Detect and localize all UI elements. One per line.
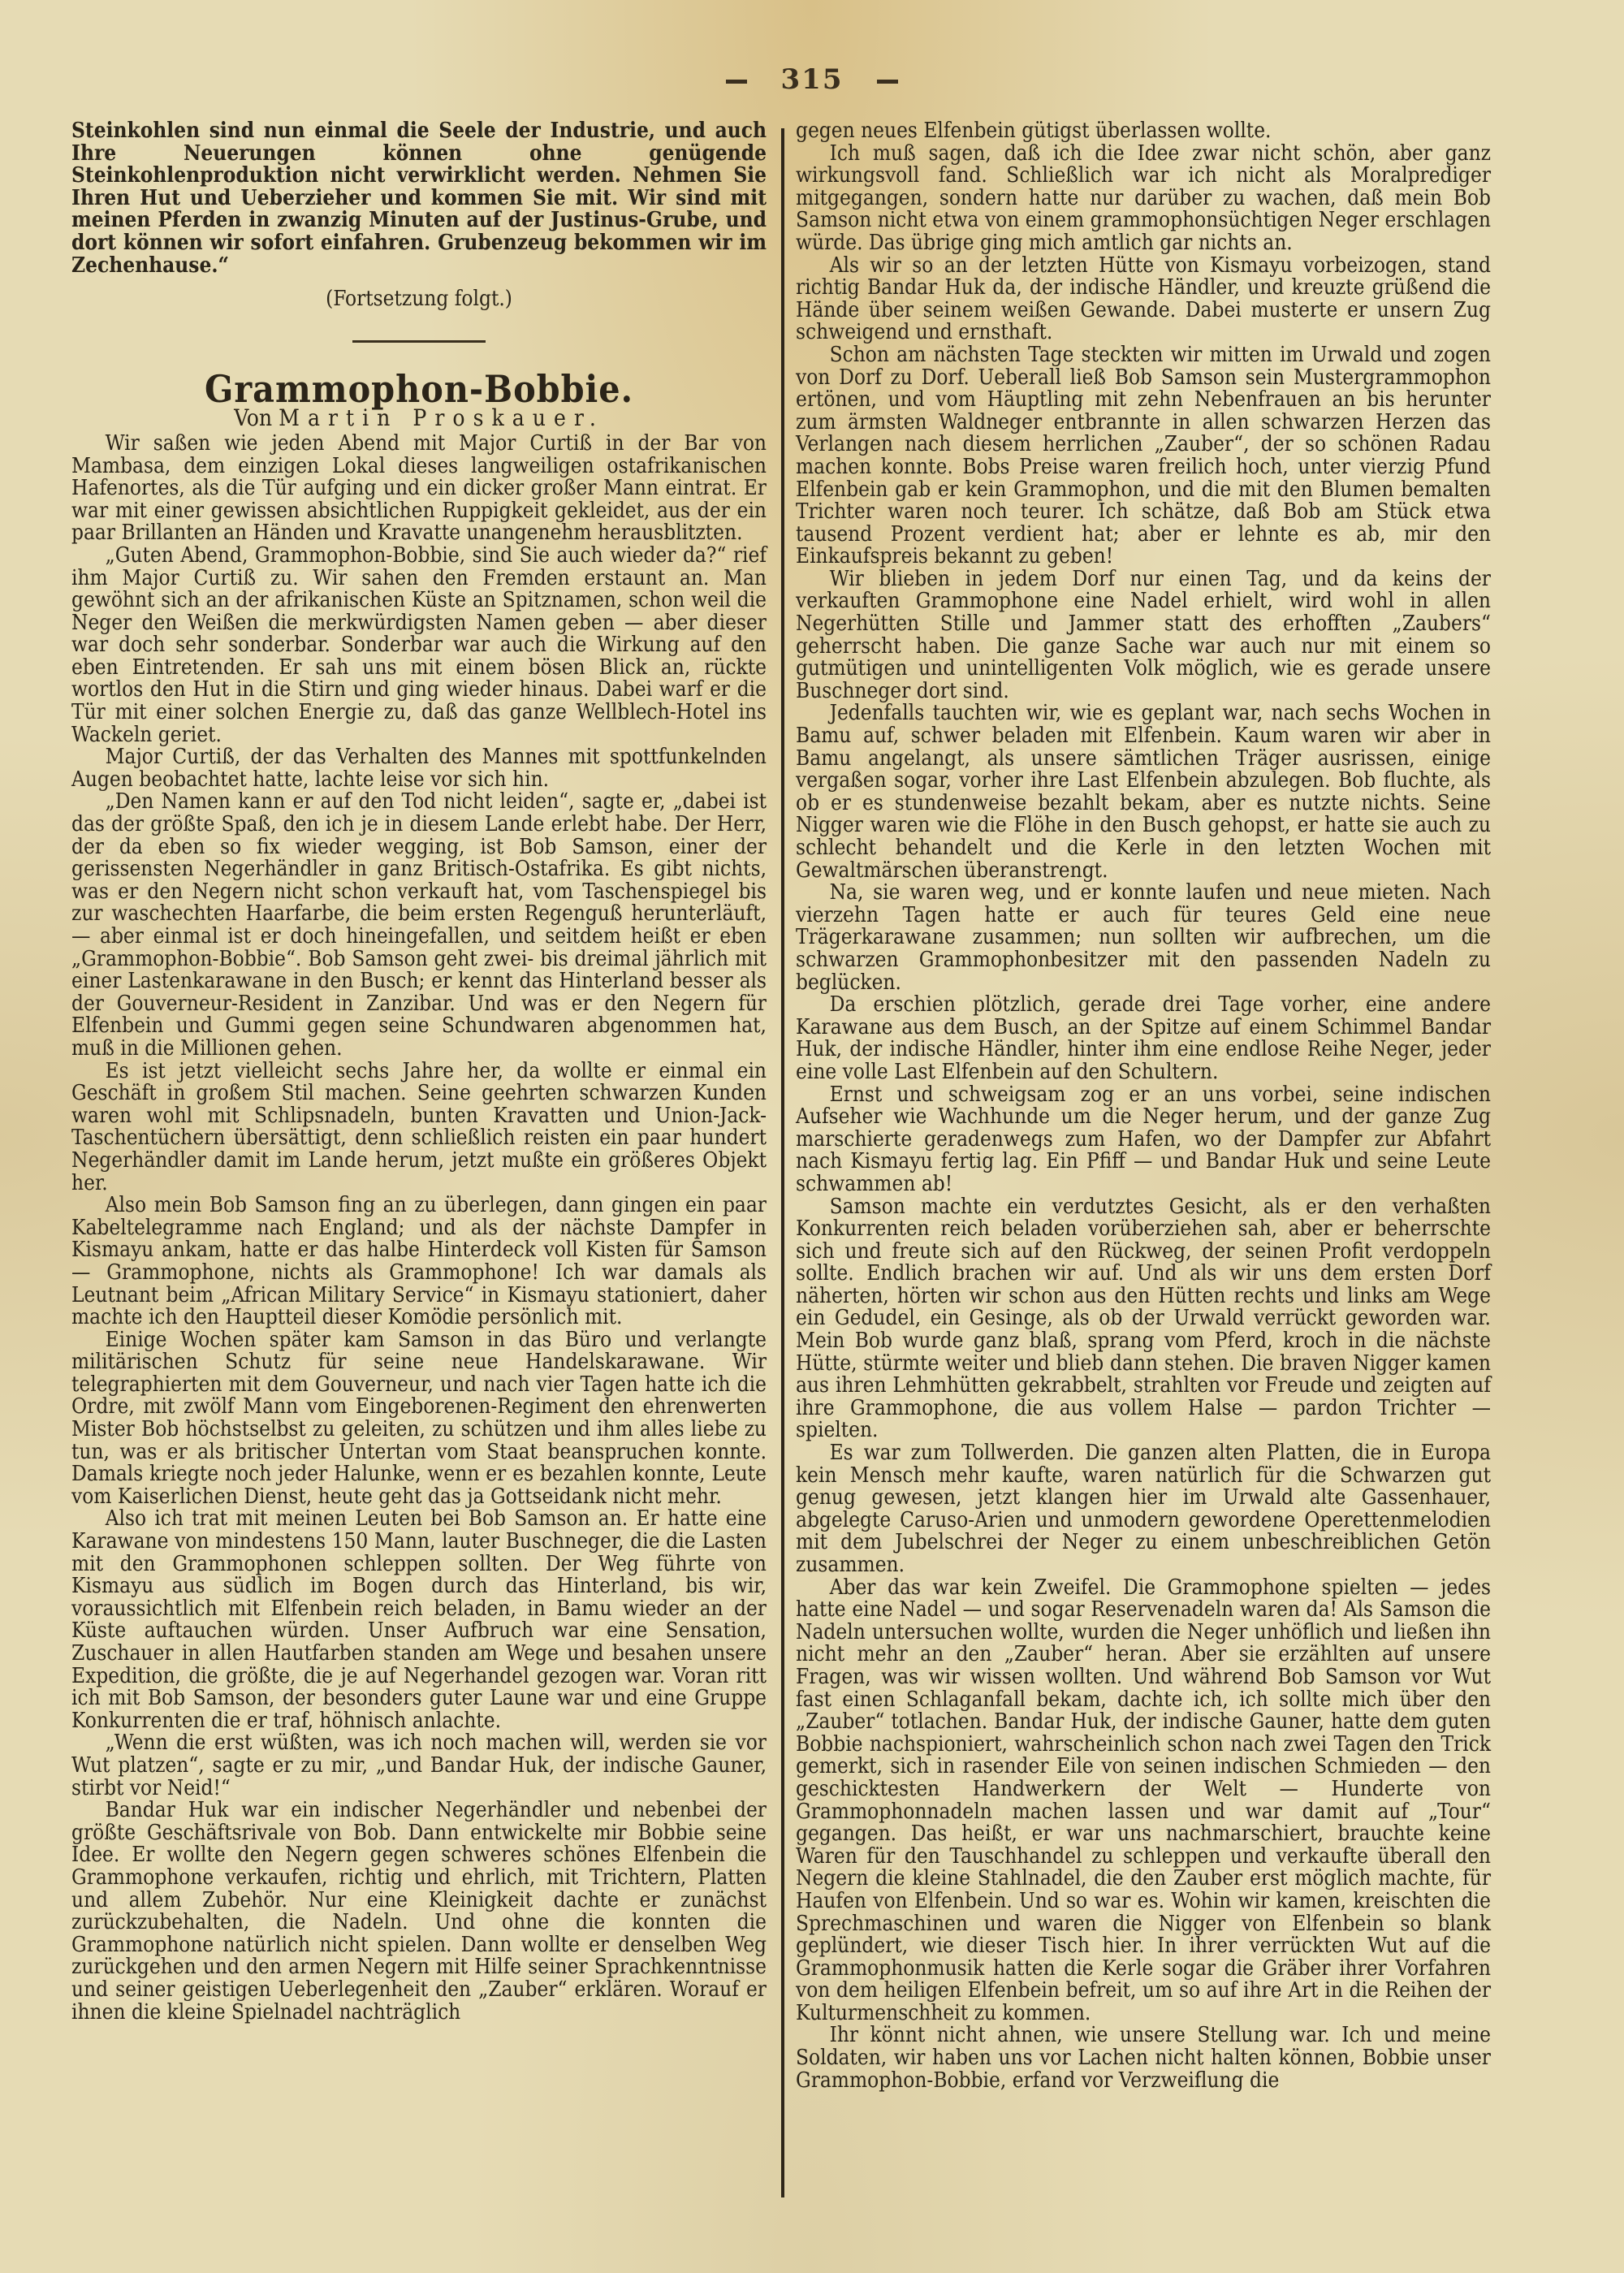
paragraph: Es war zum Tollwerden. Die ganzen alten … [796,1442,1491,1577]
paragraph: Na, sie waren weg, und er konnte laufen … [796,882,1491,994]
paragraph: Schon am nächsten Tage steckten wir mitt… [796,344,1491,568]
continued-note: (Fortsetzung folgt.) [71,288,767,311]
header-dash-left [726,80,747,84]
paragraph: Ich muß sagen, daß ich die Idee zwar nic… [796,143,1491,255]
paragraph: Ernst und schweigsam zog er an uns vorbe… [796,1084,1491,1196]
previous-story-ending: Steinkohlen sind nun einmal die Seele de… [71,120,767,277]
paragraph: Es ist jetzt vielleicht sechs Jahre her,… [71,1061,767,1195]
paragraph: Einige Wochen später kam Samson in das B… [71,1329,767,1509]
paragraph: Bandar Huk war ein indischer Negerhändle… [71,1800,767,2024]
column-divider [781,128,784,2197]
paragraph: Da erschien plötzlich, gerade drei Tage … [796,994,1491,1083]
author-name: Martin Proskauer. [279,404,604,431]
paragraph: Ihr könnt nicht ahnen, wie unsere Stellu… [796,2025,1491,2092]
paragraph: Als wir so an der letzten Hütte von Kism… [796,255,1491,344]
paragraph-continued: gegen neues Elfenbein gütigst überlassen… [796,120,1491,143]
page-header: 315 [0,63,1624,96]
paragraph: Jedenfalls tauchten wir, wie es geplant … [796,702,1491,882]
byline: Von Martin Proskauer. [71,407,767,430]
right-column: gegen neues Elfenbein gütigst überlassen… [796,120,1491,2092]
paragraph: Also ich trat mit meinen Leuten bei Bob … [71,1508,767,1732]
story-title: Grammophon-Bobbie. [71,378,767,401]
paragraph: Samson machte ein verdutztes Gesicht, al… [796,1196,1491,1443]
paragraph: Wir blieben in jedem Dorf nur einen Tag,… [796,568,1491,703]
paragraph: Also mein Bob Samson fing an zu überlege… [71,1195,767,1329]
left-column: Steinkohlen sind nun einmal die Seele de… [71,120,767,2024]
section-rule [352,340,486,343]
paragraph: „Wenn die erst wüßten, was ich noch mach… [71,1732,767,1800]
paragraph: Wir saßen wie jeden Abend mit Major Curt… [71,433,767,545]
paragraph: Aber das war kein Zweifel. Die Grammopho… [796,1577,1491,2025]
paragraph: „Guten Abend, Grammophon-Bobbie, sind Si… [71,545,767,746]
paragraph: Major Curtiß, der das Verhalten des Mann… [71,746,767,791]
page-number: 315 [781,63,844,96]
header-dash-right [877,80,898,84]
byline-prefix: Von [234,404,272,431]
paragraph: „Den Namen kann er auf den Tod nicht lei… [71,791,767,1060]
